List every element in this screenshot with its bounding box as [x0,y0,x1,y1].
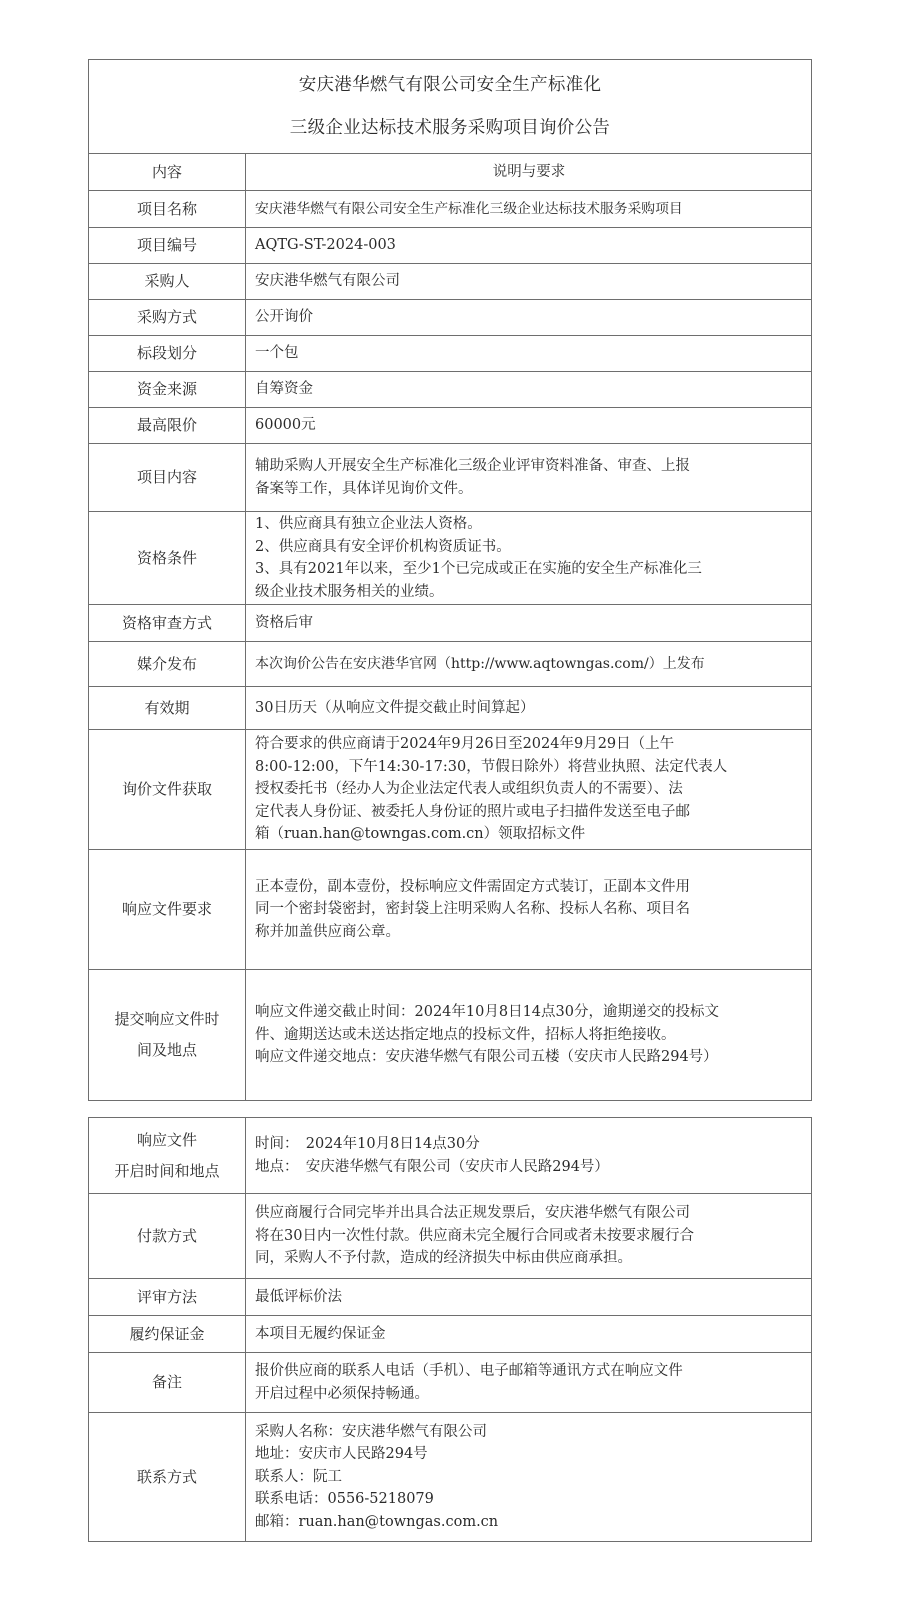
label-qualifications: 资格条件 [89,512,246,604]
value-evaluation-method: 最低评标价法 [246,1279,811,1315]
value-project-content: 辅助采购人开展安全生产标准化三级企业评审资料准备、审查、上报 备案等工作，具体详… [246,444,811,511]
value-performance-bond: 本项目无履约保证金 [246,1316,811,1352]
value-contact-info: 采购人名称：安庆港华燃气有限公司 地址：安庆市人民路294号 联系人：阮工 联系… [246,1413,811,1541]
contact-phone: 联系电话：0556-5218079 [255,1488,803,1511]
row-contact-info: 联系方式 采购人名称：安庆港华燃气有限公司 地址：安庆市人民路294号 联系人：… [89,1413,811,1541]
value-media-publication: 本次询价公告在安庆港华官网（http://www.aqtowngas.com/）… [246,642,811,686]
header-content-label: 内容 [89,154,246,190]
value-qualification-review: 资格后审 [246,605,811,641]
label-performance-bond: 履约保证金 [89,1316,246,1352]
label-project-number: 项目编号 [89,228,246,263]
label-lot-division: 标段划分 [89,336,246,371]
title-line-1: 安庆港华燃气有限公司安全生产标准化 [299,74,602,96]
contact-address: 地址：安庆市人民路294号 [255,1443,803,1466]
contact-email: 邮箱：ruan.han@towngas.com.cn [255,1511,803,1534]
header-description-label: 说明与要求 [246,154,811,190]
value-project-name: 安庆港华燃气有限公司安全生产标准化三级企业达标技术服务采购项目 [246,191,811,227]
row-evaluation-method: 评审方法 最低评标价法 [89,1279,811,1316]
row-qualifications: 资格条件 1、供应商具有独立企业法人资格。 2、供应商具有安全评价机构资质证书。… [89,512,811,605]
row-qualification-review: 资格审查方式 资格后审 [89,605,811,642]
value-payment-method: 供应商履行合同完毕并出具合法正规发票后，安庆港华燃气有限公司 将在30日内一次性… [246,1194,811,1278]
value-qualifications: 1、供应商具有独立企业法人资格。 2、供应商具有安全评价机构资质证书。 3、具有… [246,512,811,604]
label-remarks: 备注 [89,1353,246,1412]
value-project-number: AQTG-ST-2024-003 [246,228,811,263]
label-project-content: 项目内容 [89,444,246,511]
qualification-item: 级企业技术服务相关的业绩。 [255,581,803,604]
row-validity: 有效期 30日历天（从响应文件提交截止时间算起） [89,687,811,730]
qualification-item: 2、供应商具有安全评价机构资质证书。 [255,536,803,559]
label-opening-time-place: 响应文件 开启时间和地点 [89,1118,246,1193]
row-payment-method: 付款方式 供应商履行合同完毕并出具合法正规发票后，安庆港华燃气有限公司 将在30… [89,1194,811,1279]
value-submission-time-place: 响应文件递交截止时间：2024年10月8日14点30分，逾期递交的投标文 件、逾… [246,970,811,1100]
label-purchaser: 采购人 [89,264,246,299]
row-performance-bond: 履约保证金 本项目无履约保证金 [89,1316,811,1353]
value-fund-source: 自筹资金 [246,372,811,407]
row-project-number: 项目编号 AQTG-ST-2024-003 [89,228,811,264]
label-inquiry-document-acquisition: 询价文件获取 [89,730,246,849]
qualification-item: 3、具有2021年以来，至少1个已完成或正在实施的安全生产标准化三 [255,558,803,581]
row-purchaser: 采购人 安庆港华燃气有限公司 [89,264,811,300]
label-qualification-review: 资格审查方式 [89,605,246,641]
row-response-document-requirements: 响应文件要求 正本壹份，副本壹份，投标响应文件需固定方式装订，正副本文件用 同一… [89,850,811,970]
value-opening-time-place: 时间： 2024年10月8日14点30分 地点： 安庆港华燃气有限公司（安庆市人… [246,1118,811,1193]
label-media-publication: 媒介发布 [89,642,246,686]
row-fund-source: 资金来源 自筹资金 [89,372,811,408]
label-submission-time-place: 提交响应文件时 间及地点 [89,970,246,1100]
table-header-row: 内容 说明与要求 [89,154,811,191]
label-response-document-requirements: 响应文件要求 [89,850,246,969]
row-project-name: 项目名称 安庆港华燃气有限公司安全生产标准化三级企业达标技术服务采购项目 [89,191,811,228]
value-validity: 30日历天（从响应文件提交截止时间算起） [246,687,811,729]
value-purchaser: 安庆港华燃气有限公司 [246,264,811,299]
label-procurement-method: 采购方式 [89,300,246,335]
row-procurement-method: 采购方式 公开询价 [89,300,811,336]
label-fund-source: 资金来源 [89,372,246,407]
value-max-price: 60000元 [246,408,811,443]
value-inquiry-document-acquisition: 符合要求的供应商请于2024年9月26日至2024年9月29日（上午 8:00-… [246,730,811,849]
row-media-publication: 媒介发布 本次询价公告在安庆港华官网（http://www.aqtowngas.… [89,642,811,687]
row-submission-time-place: 提交响应文件时 间及地点 响应文件递交截止时间：2024年10月8日14点30分… [89,970,811,1100]
value-procurement-method: 公开询价 [246,300,811,335]
value-remarks: 报价供应商的联系人电话（手机）、电子邮箱等通讯方式在响应文件 开启过程中必须保持… [246,1353,811,1412]
label-evaluation-method: 评审方法 [89,1279,246,1315]
row-lot-division: 标段划分 一个包 [89,336,811,372]
announcement-table-main: 安庆港华燃气有限公司安全生产标准化 三级企业达标技术服务采购项目询价公告 内容 … [88,59,812,1101]
qualification-item: 1、供应商具有独立企业法人资格。 [255,513,803,536]
label-payment-method: 付款方式 [89,1194,246,1278]
row-project-content: 项目内容 辅助采购人开展安全生产标准化三级企业评审资料准备、审查、上报 备案等工… [89,444,811,512]
label-validity: 有效期 [89,687,246,729]
announcement-table-continued: 响应文件 开启时间和地点 时间： 2024年10月8日14点30分 地点： 安庆… [88,1117,812,1542]
label-max-price: 最高限价 [89,408,246,443]
value-response-document-requirements: 正本壹份，副本壹份，投标响应文件需固定方式装订，正副本文件用 同一个密封袋密封，… [246,850,811,969]
label-contact-info: 联系方式 [89,1413,246,1541]
value-lot-division: 一个包 [246,336,811,371]
row-inquiry-document-acquisition: 询价文件获取 符合要求的供应商请于2024年9月26日至2024年9月29日（上… [89,730,811,850]
title-line-2: 三级企业达标技术服务采购项目询价公告 [290,117,610,139]
row-opening-time-place: 响应文件 开启时间和地点 时间： 2024年10月8日14点30分 地点： 安庆… [89,1118,811,1194]
document-title: 安庆港华燃气有限公司安全生产标准化 三级企业达标技术服务采购项目询价公告 [89,60,811,154]
row-max-price: 最高限价 60000元 [89,408,811,444]
label-project-name: 项目名称 [89,191,246,227]
row-remarks: 备注 报价供应商的联系人电话（手机）、电子邮箱等通讯方式在响应文件 开启过程中必… [89,1353,811,1413]
contact-person: 联系人：阮工 [255,1466,803,1489]
contact-purchaser-name: 采购人名称：安庆港华燃气有限公司 [255,1421,803,1444]
